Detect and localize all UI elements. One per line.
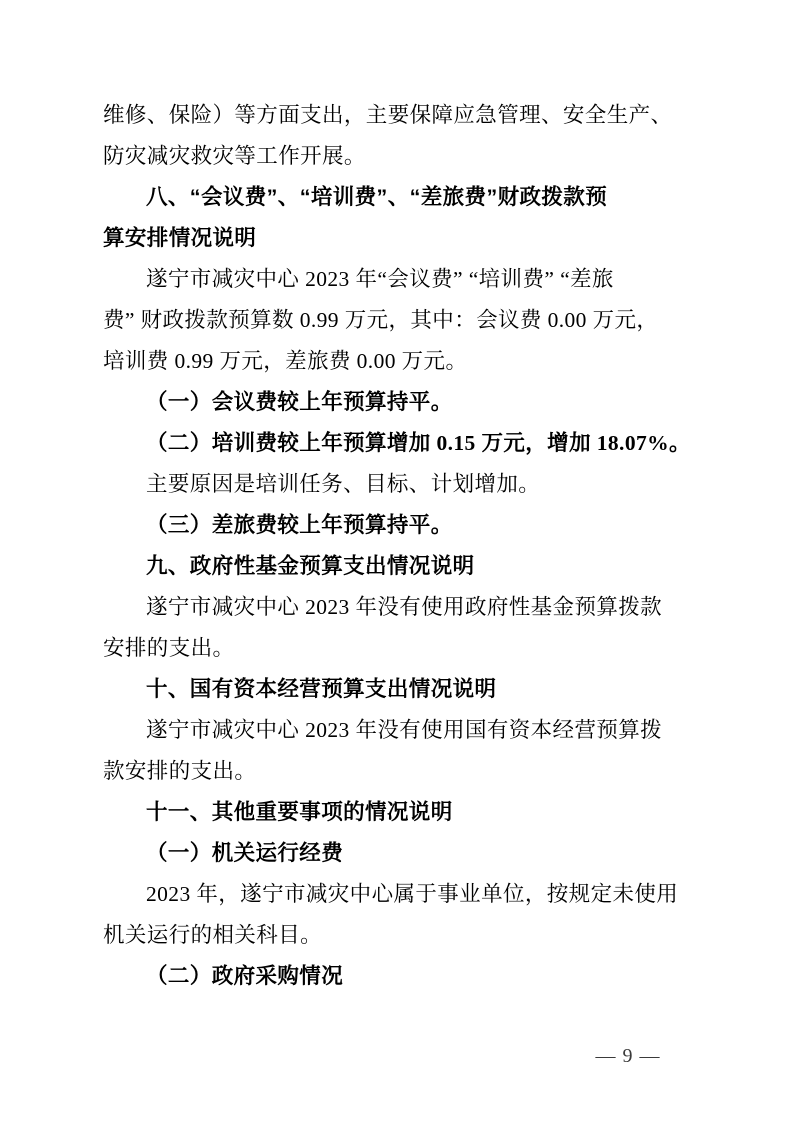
section-heading-line: 十一、其他重要事项的情况说明 xyxy=(103,792,687,833)
paragraph-line: 防灾减灾救灾等工作开展。 xyxy=(103,136,687,177)
paragraph-line: 遂宁市减灾中心 2023 年没有使用国有资本经营预算拨 xyxy=(103,710,687,751)
section-heading-line: （二）培训费较上年预算增加 0.15 万元，增加 18.07%。 xyxy=(103,423,687,464)
section-heading-line: 十、国有资本经营预算支出情况说明 xyxy=(103,669,687,710)
page-footer: — 9 — xyxy=(558,1043,698,1069)
paragraph-line: 安排的支出。 xyxy=(103,628,687,669)
paragraph-line: 主要原因是培训任务、目标、计划增加。 xyxy=(103,464,687,505)
paragraph-line: 款安排的支出。 xyxy=(103,751,687,792)
paragraph-line: 培训费 0.99 万元，差旅费 0.00 万元。 xyxy=(103,341,687,382)
section-heading-line: 算安排情况说明 xyxy=(103,218,687,259)
section-heading-line: 八、“会议费”、“培训费”、“差旅费”财政拨款预 xyxy=(103,177,687,218)
section-heading-line: 九、政府性基金预算支出情况说明 xyxy=(103,546,687,587)
paragraph-line: 机关运行的相关科目。 xyxy=(103,915,687,956)
section-heading-line: （二）政府采购情况 xyxy=(103,956,687,997)
paragraph-line: 维修、保险）等方面支出，主要保障应急管理、安全生产、 xyxy=(103,95,687,136)
section-heading-line: （三）差旅费较上年预算持平。 xyxy=(103,505,687,546)
section-heading-line: （一）机关运行经费 xyxy=(103,833,687,874)
paragraph-line: 2023 年，遂宁市减灾中心属于事业单位，按规定未使用 xyxy=(103,874,687,915)
section-heading-line: （一）会议费较上年预算持平。 xyxy=(103,382,687,423)
page-number: — 9 — xyxy=(596,1045,661,1067)
document-body: 维修、保险）等方面支出，主要保障应急管理、安全生产、防灾减灾救灾等工作开展。八、… xyxy=(103,95,687,997)
paragraph-line: 遂宁市减灾中心 2023 年没有使用政府性基金预算拨款 xyxy=(103,587,687,628)
document-page: 维修、保险）等方面支出，主要保障应急管理、安全生产、防灾减灾救灾等工作开展。八、… xyxy=(0,0,793,1122)
paragraph-line: 遂宁市减灾中心 2023 年“会议费” “培训费” “差旅 xyxy=(103,259,687,300)
paragraph-line: 费” 财政拨款预算数 0.99 万元，其中：会议费 0.00 万元， xyxy=(103,300,687,341)
